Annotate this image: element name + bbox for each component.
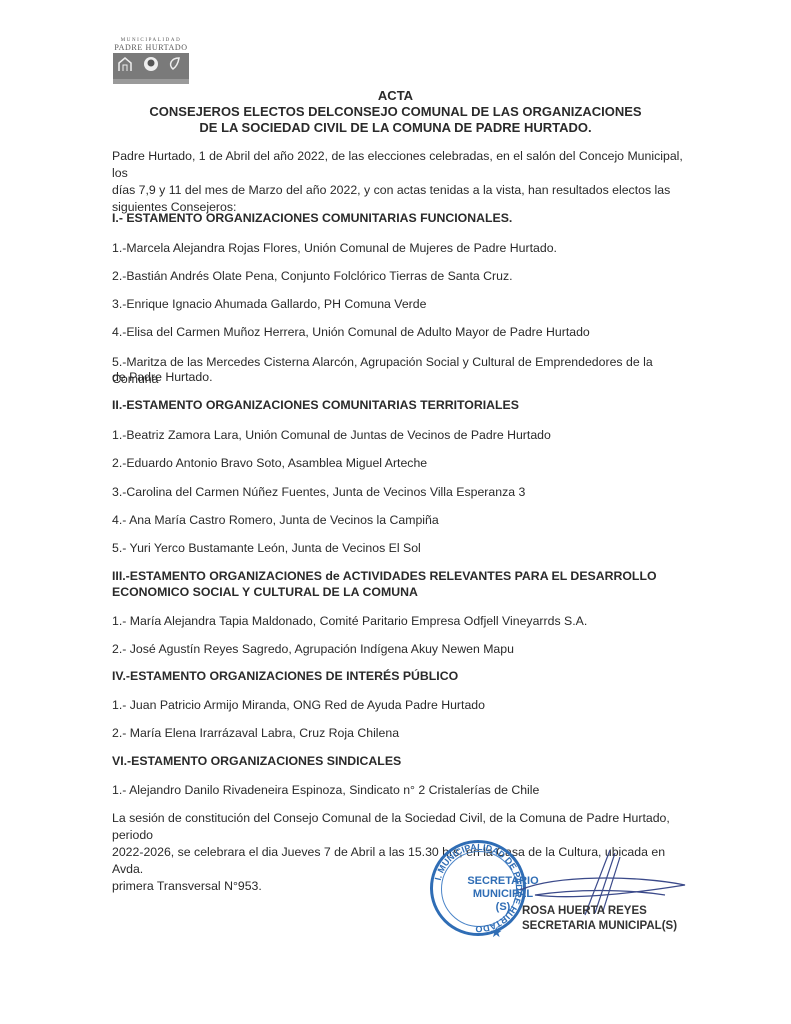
list-item: 1.- Alejandro Danilo Rivadeneira Espinoz…	[112, 782, 692, 799]
list-item: 4.- Ana María Castro Romero, Junta de Ve…	[112, 512, 692, 529]
section-heading: II.-ESTAMENTO ORGANIZACIONES COMUNITARIA…	[112, 397, 712, 414]
list-item: 2.- María Elena Irarrázaval Labra, Cruz …	[112, 725, 692, 742]
list-item: 1.-Beatriz Zamora Lara, Unión Comunal de…	[112, 427, 692, 444]
intro-line: días 7,9 y 11 del mes de Marzo del año 2…	[112, 182, 692, 199]
intro-line: Padre Hurtado, 1 de Abril del año 2022, …	[112, 148, 692, 182]
list-item: 1.- Juan Patricio Armijo Miranda, ONG Re…	[112, 697, 692, 714]
section-heading: I.- ESTAMENTO ORGANIZACIONES COMUNITARIA…	[112, 210, 712, 227]
list-item: 2.- José Agustín Reyes Sagredo, Agrupaci…	[112, 641, 692, 658]
list-item: 3.-Enrique Ignacio Ahumada Gallardo, PH …	[112, 296, 692, 313]
list-item: 2.-Eduardo Antonio Bravo Soto, Asamblea …	[112, 455, 692, 472]
signatory-role: SECRETARIA MUNICIPAL(S)	[522, 919, 677, 934]
list-item: 1.- María Alejandra Tapia Maldonado, Com…	[112, 613, 692, 630]
document-subtitle-2: DE LA SOCIEDAD CIVIL DE LA COMUNA DE PAD…	[0, 120, 791, 136]
list-item: 1.-Marcela Alejandra Rojas Flores, Unión…	[112, 240, 692, 257]
list-item: 3.-Carolina del Carmen Núñez Fuentes, Ju…	[112, 484, 692, 501]
document-title: ACTA	[0, 88, 791, 104]
signatory-name: ROSA HUERTA REYES	[522, 904, 677, 919]
document-title-block: ACTA CONSEJEROS ELECTOS DELCONSEJO COMUN…	[0, 88, 791, 136]
list-item: 5.- Yuri Yerco Bustamante León, Junta de…	[112, 540, 692, 557]
list-item: 2.-Bastián Andrés Olate Pena, Conjunto F…	[112, 268, 692, 285]
list-item-continuation: de Padre Hurtado.	[112, 369, 692, 386]
star-icon: ★	[490, 924, 503, 941]
logo-emblem	[113, 53, 189, 79]
closing-line: La sesión de constitución del Consejo Co…	[112, 810, 692, 844]
section-heading: VI.-ESTAMENTO ORGANIZACIONES SINDICALES	[112, 753, 712, 770]
municipality-logo: MUNICIPALIDAD PADRE HURTADO	[113, 38, 189, 86]
intro-paragraph: Padre Hurtado, 1 de Abril del año 2022, …	[112, 148, 692, 216]
section-heading: III.-ESTAMENTO ORGANIZACIONES de ACTIVID…	[112, 568, 712, 585]
section-heading: IV.-ESTAMENTO ORGANIZACIONES DE INTERÉS …	[112, 668, 712, 685]
signatory: ROSA HUERTA REYES SECRETARIA MUNICIPAL(S…	[522, 904, 677, 934]
logo-line2: PADRE HURTADO	[113, 44, 189, 52]
section-heading-continuation: ECONOMICO SOCIAL Y CULTURAL DE LA COMUNA	[112, 584, 712, 601]
logo-band	[113, 79, 189, 84]
list-item: 4.-Elisa del Carmen Muñoz Herrera, Unión…	[112, 324, 692, 341]
document-subtitle-1: CONSEJEROS ELECTOS DELCONSEJO COMUNAL DE…	[0, 104, 791, 120]
